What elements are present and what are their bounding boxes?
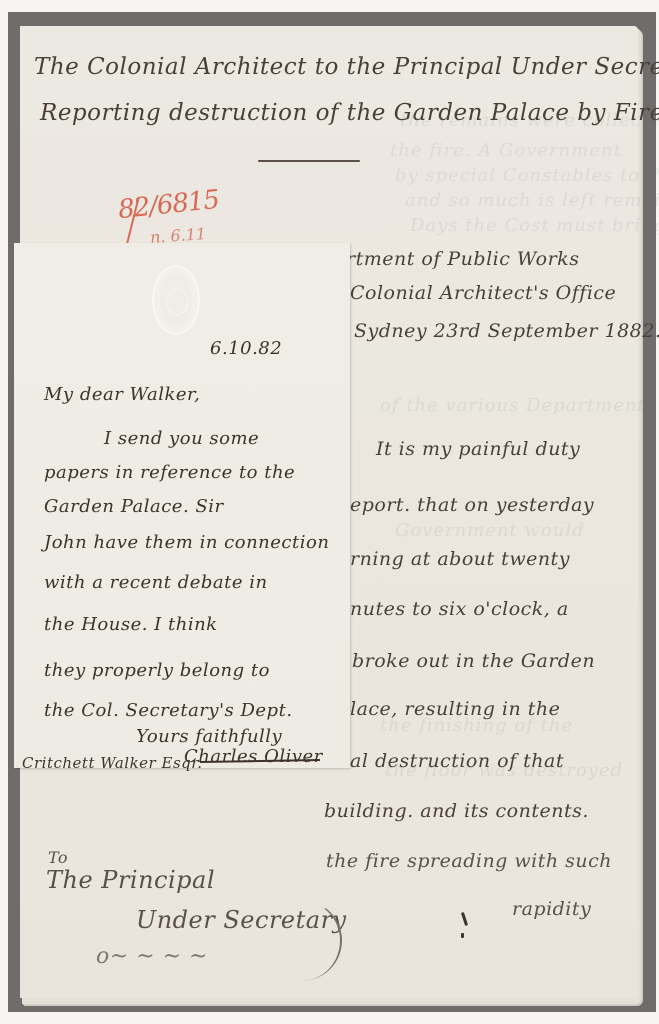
header-line-2: Reporting destruction of the Garden Pala… [40,100,659,126]
note-line: I send you some [104,428,259,449]
addressee-bracket [250,900,342,981]
bleed-through-text: of the various Departments [380,395,656,416]
note-line: the House. I think [44,614,218,635]
letter-line: building. and its contents. [324,800,589,822]
note-line: the Col. Secretary's Dept. [44,700,293,721]
letter-line: lace, resulting in the [350,698,560,720]
letter-line: broke out in the Garden [352,650,595,672]
letterhead-place-date: Sydney 23rd September 1882. [354,320,659,342]
letter-line: rning at about twenty [350,548,570,570]
letter-line: al destruction of that [350,750,564,772]
embossed-seal-icon [152,265,200,335]
note-signature: Charles Oliver [184,746,323,767]
letterhead-department: rtment of Public Works [346,248,579,270]
addressee-line-1: The Principal [46,866,215,894]
bleed-through-text: and so much is left remaining [405,190,659,211]
note-line: they properly belong to [44,660,270,681]
letterhead-office: Colonial Architect's Office [350,282,616,304]
letter-line: rapidity [512,898,591,920]
note-line: John have them in connection [44,532,329,553]
bleed-through-text: Days the Cost must bring to [410,215,659,236]
note-salutation: My dear Walker, [44,384,200,405]
note-line: papers in reference to the [44,462,295,483]
addressee-flourish: o~ ~ ~ ~ [96,944,208,969]
note-line: with a recent debate in [44,572,268,593]
addressee-prefix: To [48,848,68,867]
note-line: Garden Palace. Sir [44,496,224,517]
note-recipient: Critchett Walker Esqr. [22,754,203,772]
bleed-through-text: the fire. A Government [390,140,622,161]
pencil-dot [461,933,464,938]
bleed-through-text: by special Constables to Police and [395,165,659,186]
letter-line: the fire spreading with such [326,850,612,872]
letter-line: nutes to six o'clock, a [350,598,569,620]
letter-line: eport. that on yesterday [350,494,594,516]
bleed-through-text: Government would [395,520,585,541]
note-closing: Yours faithfully [136,726,282,747]
letter-line: It is my painful duty [376,438,580,460]
header-line-1: The Colonial Architect to the Principal … [34,54,659,80]
note-date: 6.10.82 [210,338,282,359]
header-divider [258,160,360,162]
